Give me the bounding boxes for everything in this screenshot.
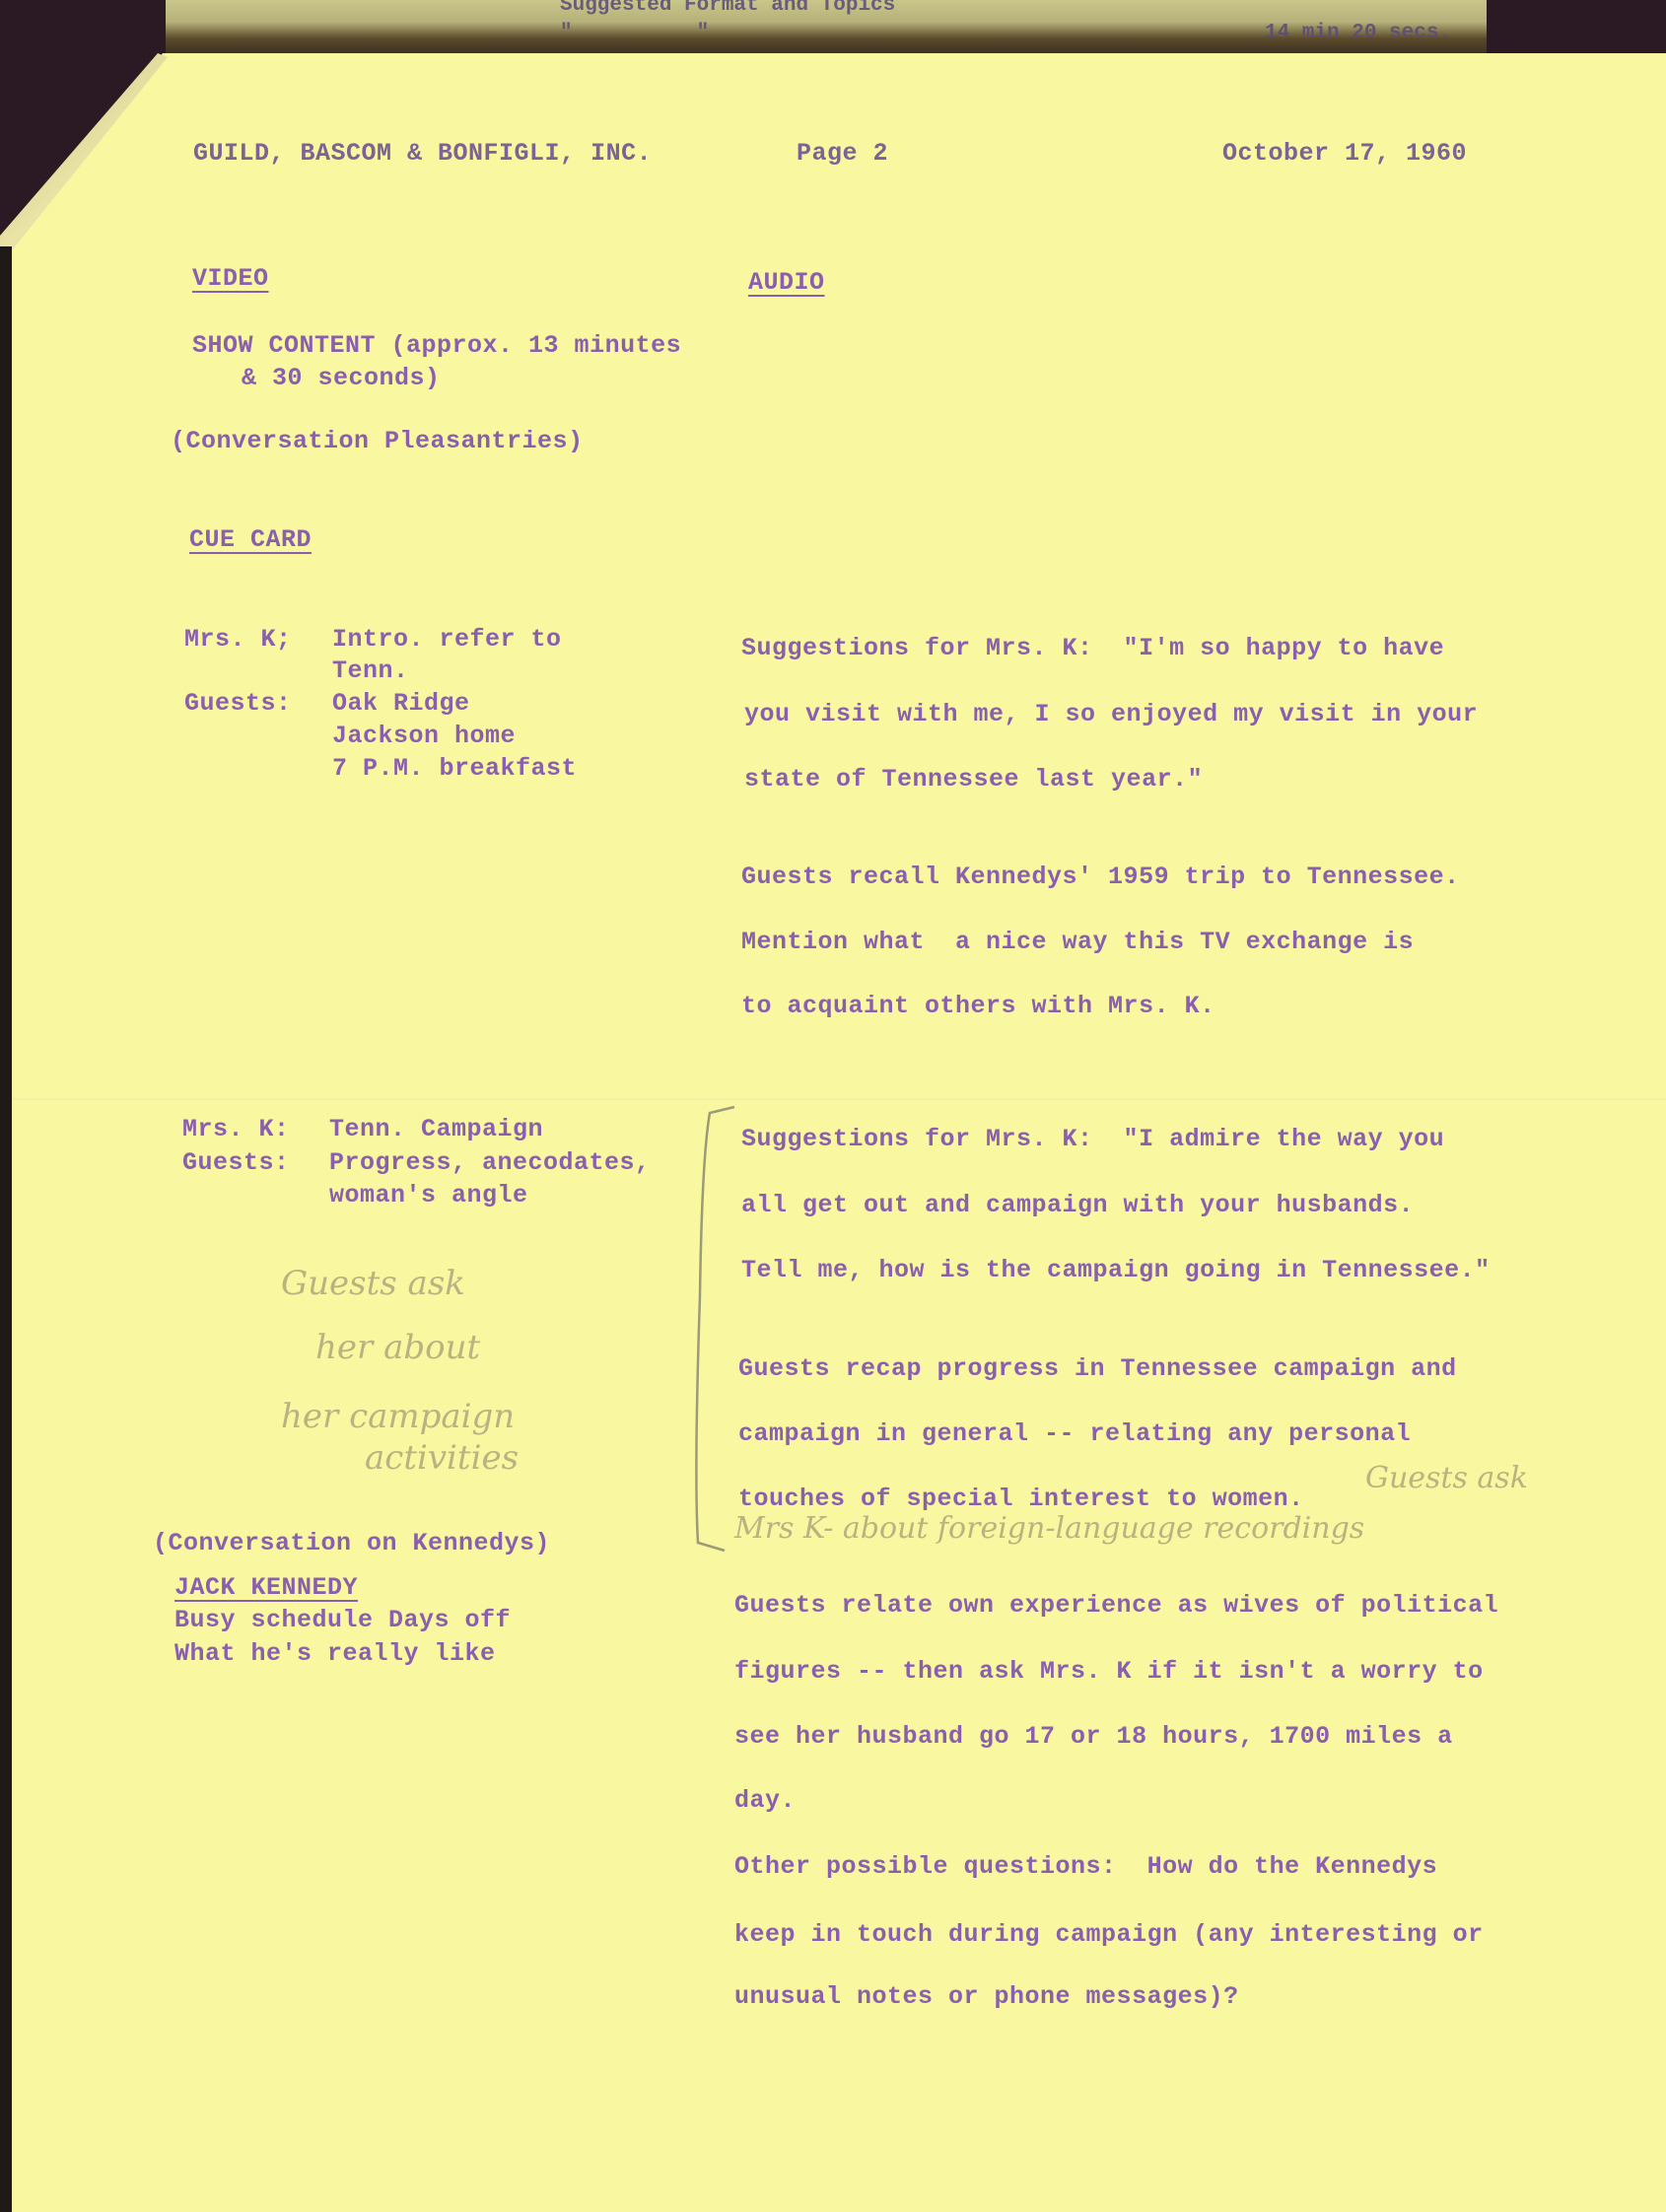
block3-video-line: What he's really like <box>174 1641 496 1666</box>
back-page-text-2: " " <box>560 22 709 44</box>
block2-guests-label: Guests: <box>182 1150 290 1175</box>
block1-guests-recall-line: Guests recall Kennedys' 1959 trip to Ten… <box>741 864 1460 889</box>
block1-guests-label: Guests: <box>184 691 292 716</box>
block2-suggestion-line: Suggestions for Mrs. K: "I admire the wa… <box>741 1127 1444 1151</box>
block1-mrs-k-line: Tenn. <box>332 658 409 683</box>
block1-suggestion-line: Suggestions for Mrs. K: "I'm so happy to… <box>741 636 1444 660</box>
block3-relate-line: Guests relate own experience as wives of… <box>734 1593 1498 1618</box>
handwritten-note-right: Mrs K- about foreign-language recordings <box>734 1514 1364 1544</box>
back-page-text-1: Suggested Format and Topics <box>560 0 895 17</box>
block3-other-line: unusual notes or phone messages)? <box>734 1984 1239 2009</box>
pencil-bracket <box>680 1099 739 1562</box>
block3-other-line: Other possible questions: How do the Ken… <box>734 1854 1437 1879</box>
block1-suggestion-line: state of Tennessee last year." <box>744 767 1203 792</box>
block1-guests-line: Jackson home <box>332 724 516 748</box>
block2-recap-line: campaign in general -- relating any pers… <box>738 1421 1411 1446</box>
page-left-edge <box>0 246 12 2212</box>
block1-guests-recall-line: Mention what a nice way this TV exchange… <box>741 930 1414 954</box>
section-pleasantries: (Conversation Pleasantries) <box>171 429 584 453</box>
block1-mrs-k-line: Intro. refer to <box>332 627 562 652</box>
jack-kennedy-heading: JACK KENNEDY <box>174 1575 358 1600</box>
block2-guests-line: woman's angle <box>329 1183 528 1208</box>
block3-other-line: keep in touch during campaign (any inter… <box>734 1922 1484 1947</box>
page-number: Page 2 <box>797 141 888 166</box>
block2-mrs-k-line: Tenn. Campaign <box>329 1117 543 1141</box>
show-content-line-1: SHOW CONTENT (approx. 13 minutes <box>192 333 681 358</box>
block2-guests-line: Progress, anecodates, <box>329 1150 651 1175</box>
block2-suggestion-line: Tell me, how is the campaign going in Te… <box>741 1258 1491 1282</box>
block2-recap-line: touches of special interest to women. <box>738 1486 1304 1511</box>
company-name: GUILD, BASCOM & BONFIGLI, INC. <box>193 141 652 166</box>
cue-card-heading: CUE CARD <box>189 527 312 552</box>
block1-guests-line: 7 P.M. breakfast <box>332 756 577 781</box>
block2-recap-line: Guests recap progress in Tennessee campa… <box>738 1356 1457 1381</box>
block3-relate-line: figures -- then ask Mrs. K if it isn't a… <box>734 1659 1484 1684</box>
block1-mrs-k-label: Mrs. K; <box>184 627 292 652</box>
video-column-heading: VIDEO <box>192 266 269 291</box>
audio-column-heading: AUDIO <box>748 270 825 295</box>
handwritten-note-left: activities <box>365 1441 519 1475</box>
block3-relate-line: day. <box>734 1788 796 1813</box>
block3-relate-line: see her husband go 17 or 18 hours, 1700 … <box>734 1724 1453 1749</box>
block1-guests-line: Oak Ridge <box>332 691 470 716</box>
back-page-text-3: 14 min 20 secs. <box>1265 22 1451 44</box>
handwritten-note-left: her campaign <box>281 1400 515 1433</box>
handwritten-note-left: her about <box>315 1331 480 1364</box>
block3-video-line: Busy schedule Days off <box>174 1608 511 1632</box>
underlying-page-strip: Suggested Format and Topics " " 14 min 2… <box>166 0 1487 55</box>
block1-guests-recall-line: to acquaint others with Mrs. K. <box>741 994 1215 1018</box>
block1-suggestion-line: you visit with me, I so enjoyed my visit… <box>744 702 1478 726</box>
document-date: October 17, 1960 <box>1222 141 1467 166</box>
handwritten-note-left: Guests ask <box>281 1267 465 1300</box>
show-content-line-2: & 30 seconds) <box>242 366 441 390</box>
section-kennedys: (Conversation on Kennedys) <box>153 1531 550 1555</box>
block2-mrs-k-label: Mrs. K: <box>182 1117 290 1141</box>
block2-suggestion-line: all get out and campaign with your husba… <box>741 1193 1414 1217</box>
handwritten-note-right: Guests ask <box>1365 1464 1528 1493</box>
